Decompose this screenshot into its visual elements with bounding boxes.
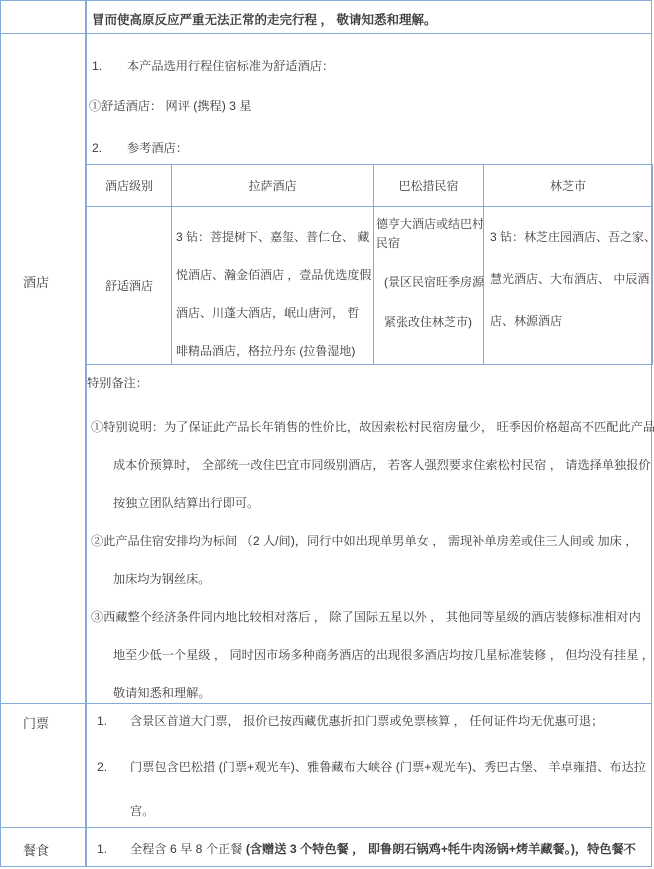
altitude-note-continuation: 冒而使高原反应严重无法正常的走完行程 ， 敬请知悉和理解。 — [92, 10, 436, 28]
ref-table-header-basum: 巴松措民宿 — [374, 165, 484, 207]
ref-table-cell-nyingchi: 3 钻：林芝庄园酒店、吾之家、 慧光酒店、大布酒店、 中辰酒 店、林源酒店 — [484, 207, 652, 364]
reference-hotel-table: 酒店级别 拉萨酒店 巴松措民宿 林芝市 舒适酒店 3 钻：菩提树下、嘉玺、普仁仓… — [86, 164, 653, 365]
hotel-item-1: 1.本产品选用行程住宿标准为舒适酒店： — [92, 57, 334, 74]
ref-table-header-nyingchi: 林芝市 — [484, 165, 652, 207]
hotel-comfort-line: ①舒适酒店： 网评 (携程) 3 星 — [89, 97, 252, 114]
meals-item-1-text-bold: (含赠送 3 个特色餐 ， 即鲁朗石锅鸡+牦牛肉汤锅+烤羊藏餐。)，特色餐不 — [246, 842, 636, 856]
tickets-item-2-number: 2. — [97, 760, 130, 774]
hotel-item-2-number: 2. — [92, 141, 127, 155]
tickets-item-1-text: 含景区首道大门票， 报价已按西藏优惠折扣门票或免票核算 ， 任何证件均无优惠可退… — [130, 714, 603, 728]
ref-table-cell-lhasa: 3 钻：菩提树下、嘉玺、普仁仓、 藏 悦酒店、瀚金佰酒店 ，壹品优选度假 酒店、… — [172, 207, 374, 364]
ref-table-cell-basum: 德亨大酒店或结巴村 民宿 (景区民宿旺季房源 紧张改住林芝市) — [374, 207, 484, 364]
lhasa-hotels-line: 3 钻：菩提树下、嘉玺、普仁仓、 藏 — [176, 218, 373, 256]
basum-note-line: (景区民宿旺季房源 — [384, 262, 483, 302]
meals-item-1-number: 1. — [97, 842, 130, 856]
meals-item-1: 1.全程含 6 早 8 个正餐 (含赠送 3 个特色餐 ， 即鲁朗石锅鸡+牦牛肉… — [97, 840, 636, 857]
tickets-item-1: 1.含景区首道大门票， 报价已按西藏优惠折扣门票或免票核算 ， 任何证件均无优惠… — [97, 712, 603, 729]
special-note-line: 成本价预算时， 全部统一改住巴宜市同级别酒店， 若客人强烈要求住索松村民宿 ， … — [113, 446, 654, 484]
hotel-item-2: 2.参考酒店： — [92, 139, 188, 156]
table-border-top — [0, 0, 652, 1]
special-note-line: ③西藏整个经济条件同内地比较相对落后 ， 除了国际五星以外 ， 其他同等星级的酒… — [91, 598, 654, 636]
meals-item-1-text-normal: 全程含 6 早 8 个正餐 — [130, 842, 246, 856]
special-notes-title: 特别备注： — [87, 374, 148, 391]
hotel-item-1-number: 1. — [92, 59, 127, 73]
label-column-divider — [85, 0, 87, 867]
special-note-line: ②此产品住宿安排均为标间 （2 人/间)，同行中如出现单男单女 ， 需现补单房差… — [91, 522, 654, 560]
basum-note-line: 紧张改住林芝市) — [384, 302, 483, 342]
lhasa-hotels-line: 啡精品酒店，格拉丹东 (拉鲁湿地) — [176, 332, 373, 364]
tickets-item-2-continuation: 宫。 — [130, 802, 154, 819]
special-note-line: 加床均为钢丝床。 — [113, 560, 654, 598]
special-note-line: 按独立团队结算出行即可。 — [113, 484, 654, 522]
table-border-bottom — [0, 866, 652, 867]
table-border-left — [0, 0, 1, 867]
row-divider-1 — [0, 33, 652, 34]
nyingchi-hotels-line: 慧光酒店、大布酒店、 中辰酒 — [490, 258, 652, 300]
lhasa-hotels-line: 悦酒店、瀚金佰酒店 ，壹品优选度假 — [176, 256, 373, 294]
lhasa-hotels-line: 酒店、川蓬大酒店，岷山唐河， 哲 — [176, 294, 373, 332]
special-note-line: ①特别说明：为了保证此产品长年销售的性价比，故因索松村民宿房量少， 旺季因价格超… — [91, 408, 654, 446]
ref-table-header-lhasa: 拉萨酒店 — [172, 165, 374, 207]
ref-table-rowlabel-comfort: 舒适酒店 — [87, 207, 172, 364]
special-note-line: 地至少低一个星级 ， 同时因市场多种商务酒店的出现很多酒店均按几星标准装修 ， … — [113, 636, 654, 674]
row-label-meals: 餐食 — [0, 840, 72, 859]
tickets-item-2-text: 门票包含巴松措 (门票+观光车)、雅鲁藏布大峡谷 (门票+观光车)、秀巴古堡、 … — [130, 760, 646, 774]
basum-hotel-line: 民宿 — [376, 234, 483, 253]
nyingchi-hotels-line: 3 钻：林芝庄园酒店、吾之家、 — [490, 216, 652, 258]
row-label-hotel: 酒店 — [0, 272, 72, 291]
row-label-tickets: 门票 — [0, 713, 72, 732]
basum-hotel-line: 德亨大酒店或结巴村 — [376, 215, 483, 234]
nyingchi-hotels-line: 店、林源酒店 — [490, 300, 652, 342]
tickets-item-2: 2.门票包含巴松措 (门票+观光车)、雅鲁藏布大峡谷 (门票+观光车)、秀巴古堡… — [97, 758, 646, 775]
special-note-line: 敬请知悉和理解。 — [113, 674, 654, 712]
itinerary-document-page: 冒而使高原反应严重无法正常的走完行程 ， 敬请知悉和理解。 酒店 1.本产品选用… — [0, 0, 654, 869]
hotel-item-1-text: 本产品选用行程住宿标准为舒适酒店： — [127, 59, 334, 73]
ref-table-header-level: 酒店级别 — [87, 165, 172, 207]
tickets-item-1-number: 1. — [97, 714, 130, 728]
row-divider-tickets-meals — [0, 827, 652, 828]
special-notes-block: ①特别说明：为了保证此产品长年销售的性价比，故因索松村民宿房量少， 旺季因价格超… — [91, 408, 654, 712]
hotel-item-2-text: 参考酒店： — [127, 141, 188, 155]
